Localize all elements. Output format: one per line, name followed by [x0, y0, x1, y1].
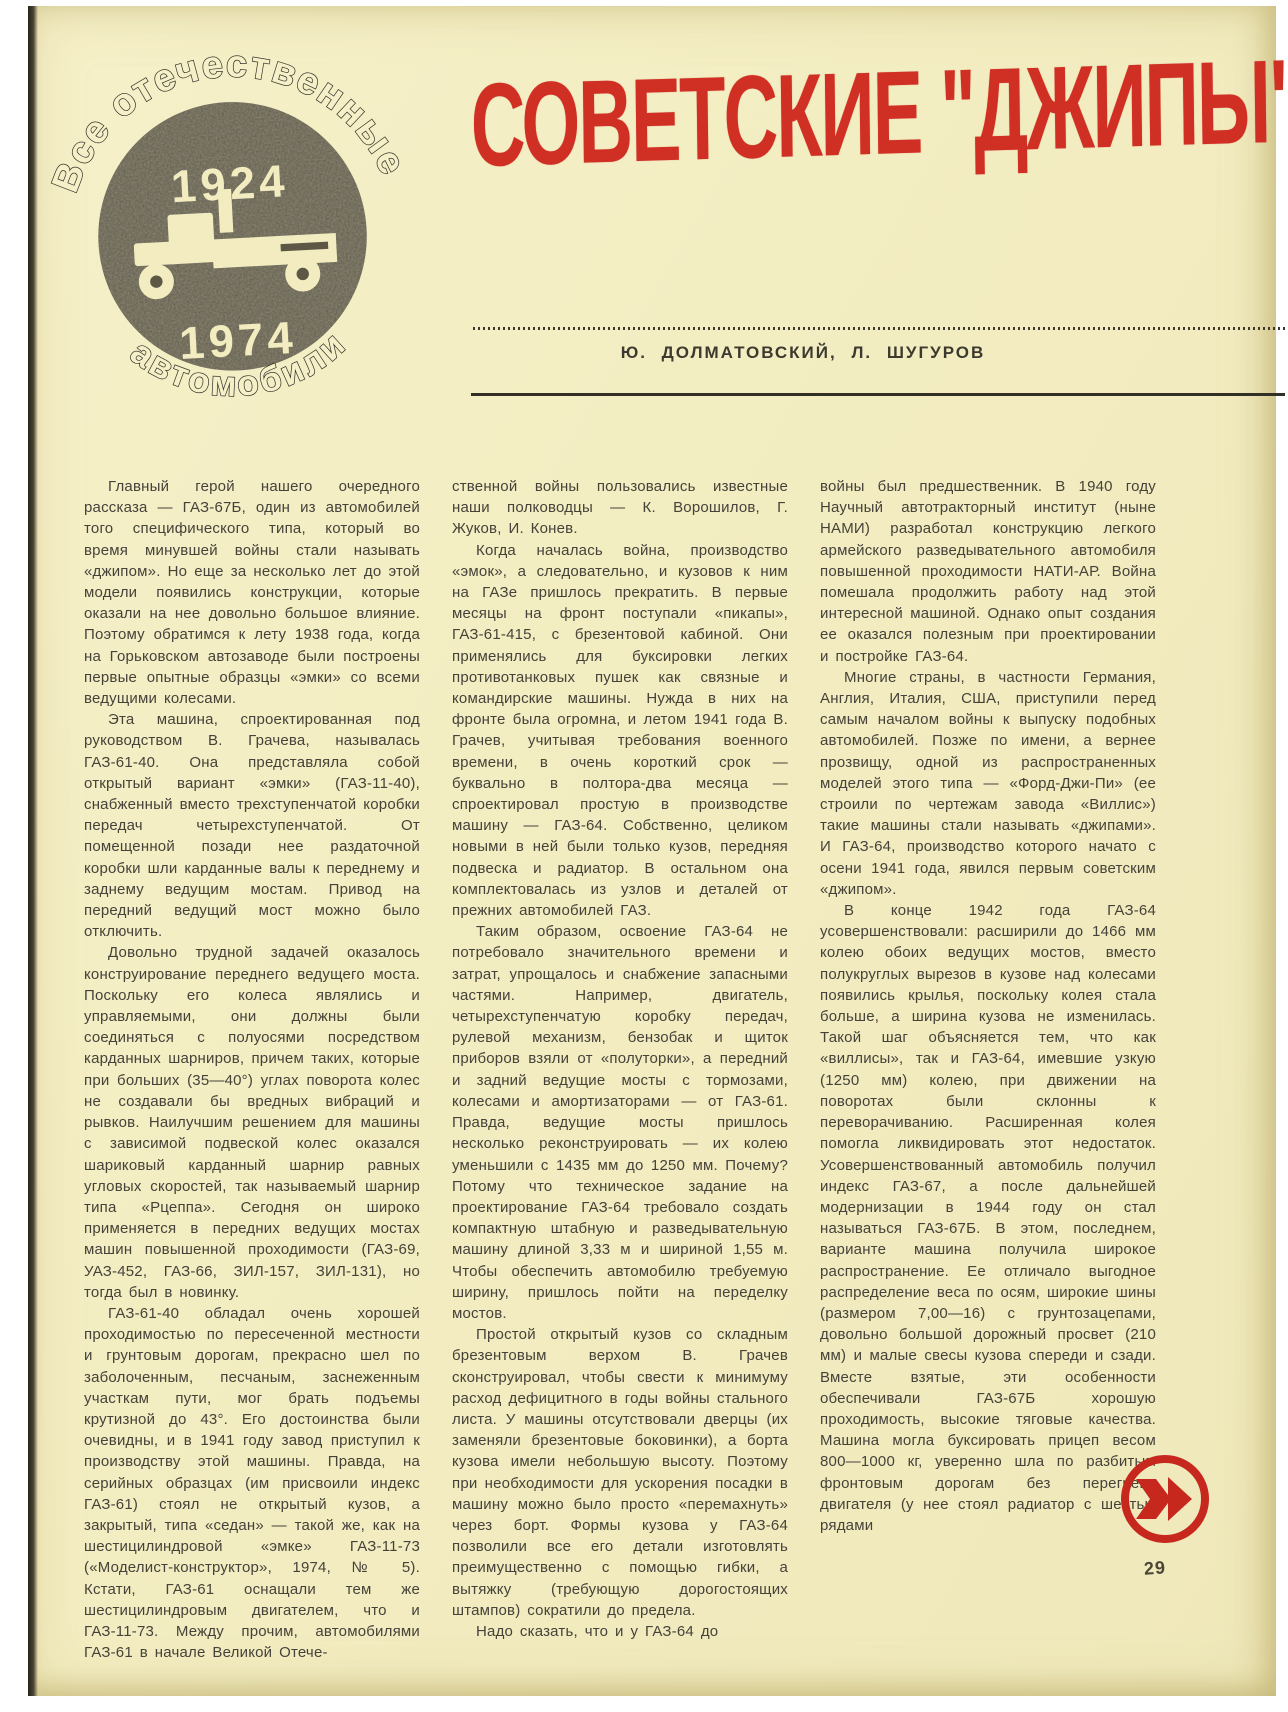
page-number: 29: [1143, 1557, 1166, 1579]
series-emblem: Все отечественные автомобили 1924 1974: [36, 25, 428, 428]
authors-line: Ю. ДОЛМАТОВСКИЙ, Л. ШУГУРОВ: [473, 343, 1133, 363]
column-3: войны был предшественник. В 1940 году На…: [820, 476, 1156, 1663]
paragraph: ГАЗ-61-40 обладал очень хорошей проходим…: [84, 1303, 420, 1663]
paragraph: ственной войны пользовались известные на…: [452, 476, 788, 540]
paragraph: В конце 1942 года ГАЗ-64 усовершенствова…: [820, 900, 1156, 1536]
paragraph: войны был предшественник. В 1940 году На…: [820, 476, 1156, 667]
paragraph: Главный герой нашего очередного рассказа…: [84, 476, 420, 709]
paragraph: Таким образом, освоение ГАЗ-64 не потреб…: [452, 921, 788, 1324]
paragraph: Надо сказать, что и у ГАЗ-64 до: [452, 1621, 788, 1642]
paragraph: Многие страны, в частности Германия, Анг…: [820, 667, 1156, 900]
dotted-rule: [473, 327, 1285, 330]
paragraph: Когда началась война, производство «эмок…: [452, 540, 788, 922]
article-body: Главный герой нашего очередного рассказа…: [84, 476, 1156, 1663]
solid-rule: [471, 393, 1285, 396]
emblem-year-bottom: 1974: [178, 312, 298, 369]
article-title: СОВЕТСКИЕ "ДЖИПЫ": [470, 45, 920, 194]
double-chevron-icon: [1118, 1452, 1212, 1546]
column-1: Главный герой нашего очередного рассказа…: [84, 476, 420, 1663]
magazine-page: Все отечественные автомобили 1924 1974 С…: [28, 6, 1276, 1696]
paragraph: Довольно трудной задачей оказалось конст…: [84, 942, 420, 1302]
paragraph: Простой открытый кузов со складным брезе…: [452, 1324, 788, 1621]
paragraph: Эта машина, спроектированная под руковод…: [84, 709, 420, 942]
page-binding-edge: [28, 6, 38, 1696]
column-2: ственной войны пользовались известные на…: [452, 476, 788, 1663]
